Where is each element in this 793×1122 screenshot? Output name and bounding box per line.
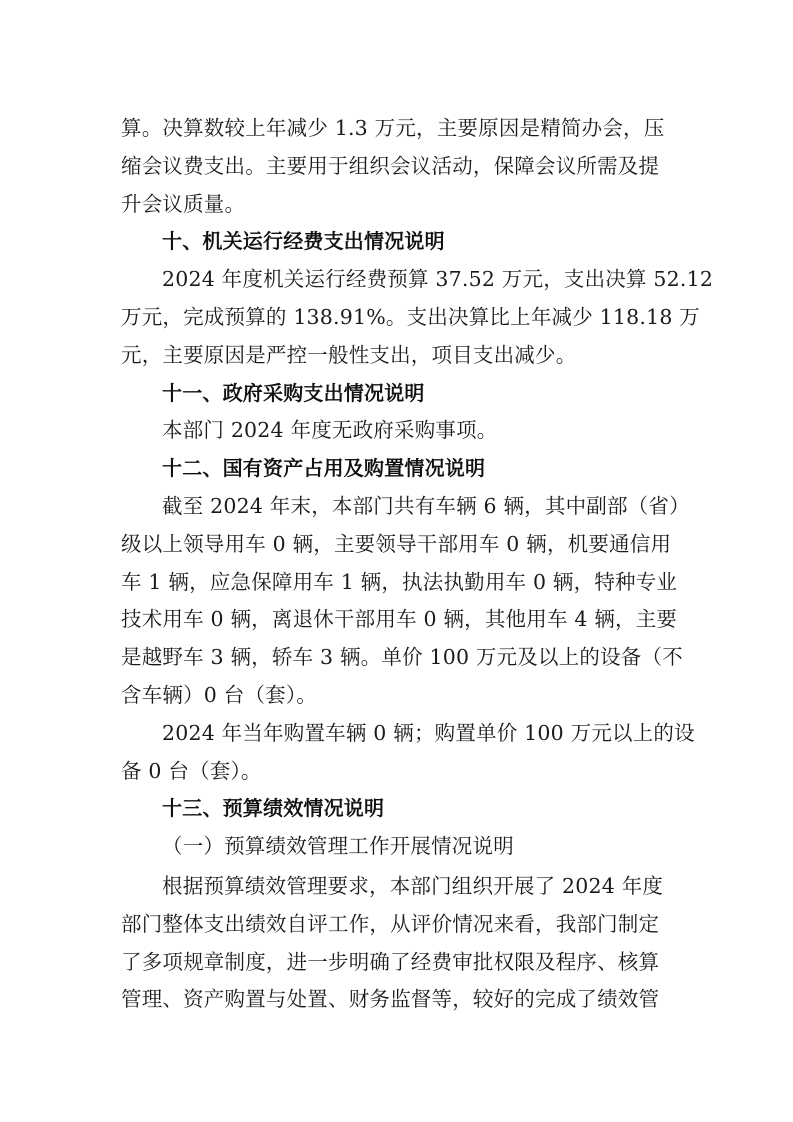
paragraph-purchases-2024: 2024 年当年购置车辆 0 辆；购置单价 100 万元以上的设 备 0 台（套… xyxy=(121,715,673,791)
paragraph-meeting-expense-continued: 算。决算数较上年减少 1.3 万元，主要原因是精简办会，压 缩会议费支出。主要用… xyxy=(121,110,673,223)
text-line: 算。决算数较上年减少 1.3 万元，主要原因是精简办会，压 xyxy=(121,110,673,148)
text-line: 2024 年度机关运行经费预算 37.52 万元，支出决算 52.12 xyxy=(121,261,673,299)
text-line: 管理、资产购置与处置、财务监督等，较好的完成了绩效管 xyxy=(121,981,673,1019)
text-line: 级以上领导用车 0 辆，主要领导干部用车 0 辆，机要通信用 xyxy=(121,526,673,564)
paragraph-vehicles: 截至 2024 年末，本部门共有车辆 6 辆，其中副部（省） 级以上领导用车 0… xyxy=(121,488,673,715)
paragraph-performance: 根据预算绩效管理要求，本部门组织开展了 2024 年度 部门整体支出绩效自评工作… xyxy=(121,868,673,1019)
text-line: 本部门 2024 年度无政府采购事项。 xyxy=(121,412,673,450)
subsection-heading-1: （一）预算绩效管理工作开展情况说明 xyxy=(121,828,673,866)
paragraph-procurement: 本部门 2024 年度无政府采购事项。 xyxy=(121,412,673,450)
text-line: 截至 2024 年末，本部门共有车辆 6 辆，其中副部（省） xyxy=(121,488,673,526)
document-page: 算。决算数较上年减少 1.3 万元，主要原因是精简办会，压 缩会议费支出。主要用… xyxy=(121,110,673,1019)
paragraph-operating-expense: 2024 年度机关运行经费预算 37.52 万元，支出决算 52.12 万元，完… xyxy=(121,261,673,374)
section-heading-11: 十一、政府采购支出情况说明 xyxy=(121,375,673,413)
text-line: 根据预算绩效管理要求，本部门组织开展了 2024 年度 xyxy=(121,868,673,906)
text-line: 元，主要原因是严控一般性支出，项目支出减少。 xyxy=(121,337,673,375)
section-heading-12: 十二、国有资产占用及购置情况说明 xyxy=(121,450,673,488)
text-line: 含车辆）0 台（套）。 xyxy=(121,677,673,715)
text-line: 车 1 辆，应急保障用车 1 辆，执法执勤用车 0 辆，特种专业 xyxy=(121,564,673,602)
section-heading-10: 十、机关运行经费支出情况说明 xyxy=(121,223,673,261)
text-line: 2024 年当年购置车辆 0 辆；购置单价 100 万元以上的设 xyxy=(121,715,673,753)
text-line: 是越野车 3 辆，轿车 3 辆。单价 100 万元及以上的设备（不 xyxy=(121,639,673,677)
text-line: 技术用车 0 辆，离退休干部用车 0 辆，其他用车 4 辆，主要 xyxy=(121,601,673,639)
text-line: 万元，完成预算的 138.91%。支出决算比上年减少 118.18 万 xyxy=(121,299,673,337)
section-heading-13: 十三、预算绩效情况说明 xyxy=(121,790,673,828)
text-line: 了多项规章制度，进一步明确了经费审批权限及程序、核算 xyxy=(121,944,673,982)
text-line: 部门整体支出绩效自评工作，从评价情况来看，我部门制定 xyxy=(121,906,673,944)
text-line: 备 0 台（套）。 xyxy=(121,753,673,791)
text-line: 升会议质量。 xyxy=(121,186,673,224)
text-line: 缩会议费支出。主要用于组织会议活动，保障会议所需及提 xyxy=(121,148,673,186)
